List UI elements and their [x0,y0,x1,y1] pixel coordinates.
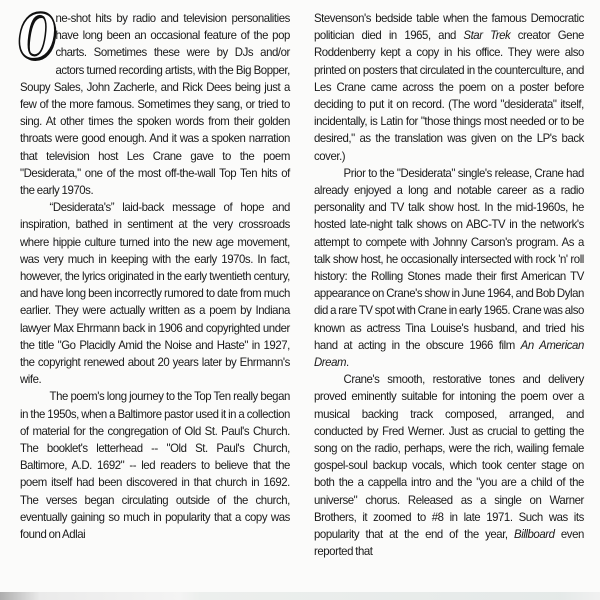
italic-title-star-trek: Star Trek [463,29,510,42]
paragraph-crane-career: Prior to the "Desiderata" single's relea… [314,165,584,371]
paragraph-stevenson-continuation: Stevenson's bedside table when the famou… [314,10,584,165]
drop-cap-letter: O [18,12,42,64]
paragraph-poem-journey: The poem's long journey to the Top Ten r… [20,388,290,543]
italic-title-billboard: Billboard [514,528,554,541]
text-segment: . [346,356,349,369]
paragraph-intro-text: ne-shot hits by radio and television per… [20,12,290,197]
paragraph-desiderata-message: “Desiderata's” laid-back message of hope… [20,199,290,388]
paragraph-crane-delivery: Crane's smooth, restorative tones and de… [314,371,584,560]
liner-notes-page: One-shot hits by radio and television pe… [0,0,600,600]
text-segment: Prior to the "Desiderata" single's relea… [314,167,584,352]
scan-bottom-edge [0,592,600,600]
text-segment: Crane's smooth, restorative tones and de… [314,373,584,541]
text-segment: creator Gene Roddenberry kept a copy in … [314,29,584,162]
left-text-column: One-shot hits by radio and television pe… [20,10,290,543]
paragraph-intro: One-shot hits by radio and television pe… [20,10,290,199]
right-text-column: Stevenson's bedside table when the famou… [314,10,584,561]
